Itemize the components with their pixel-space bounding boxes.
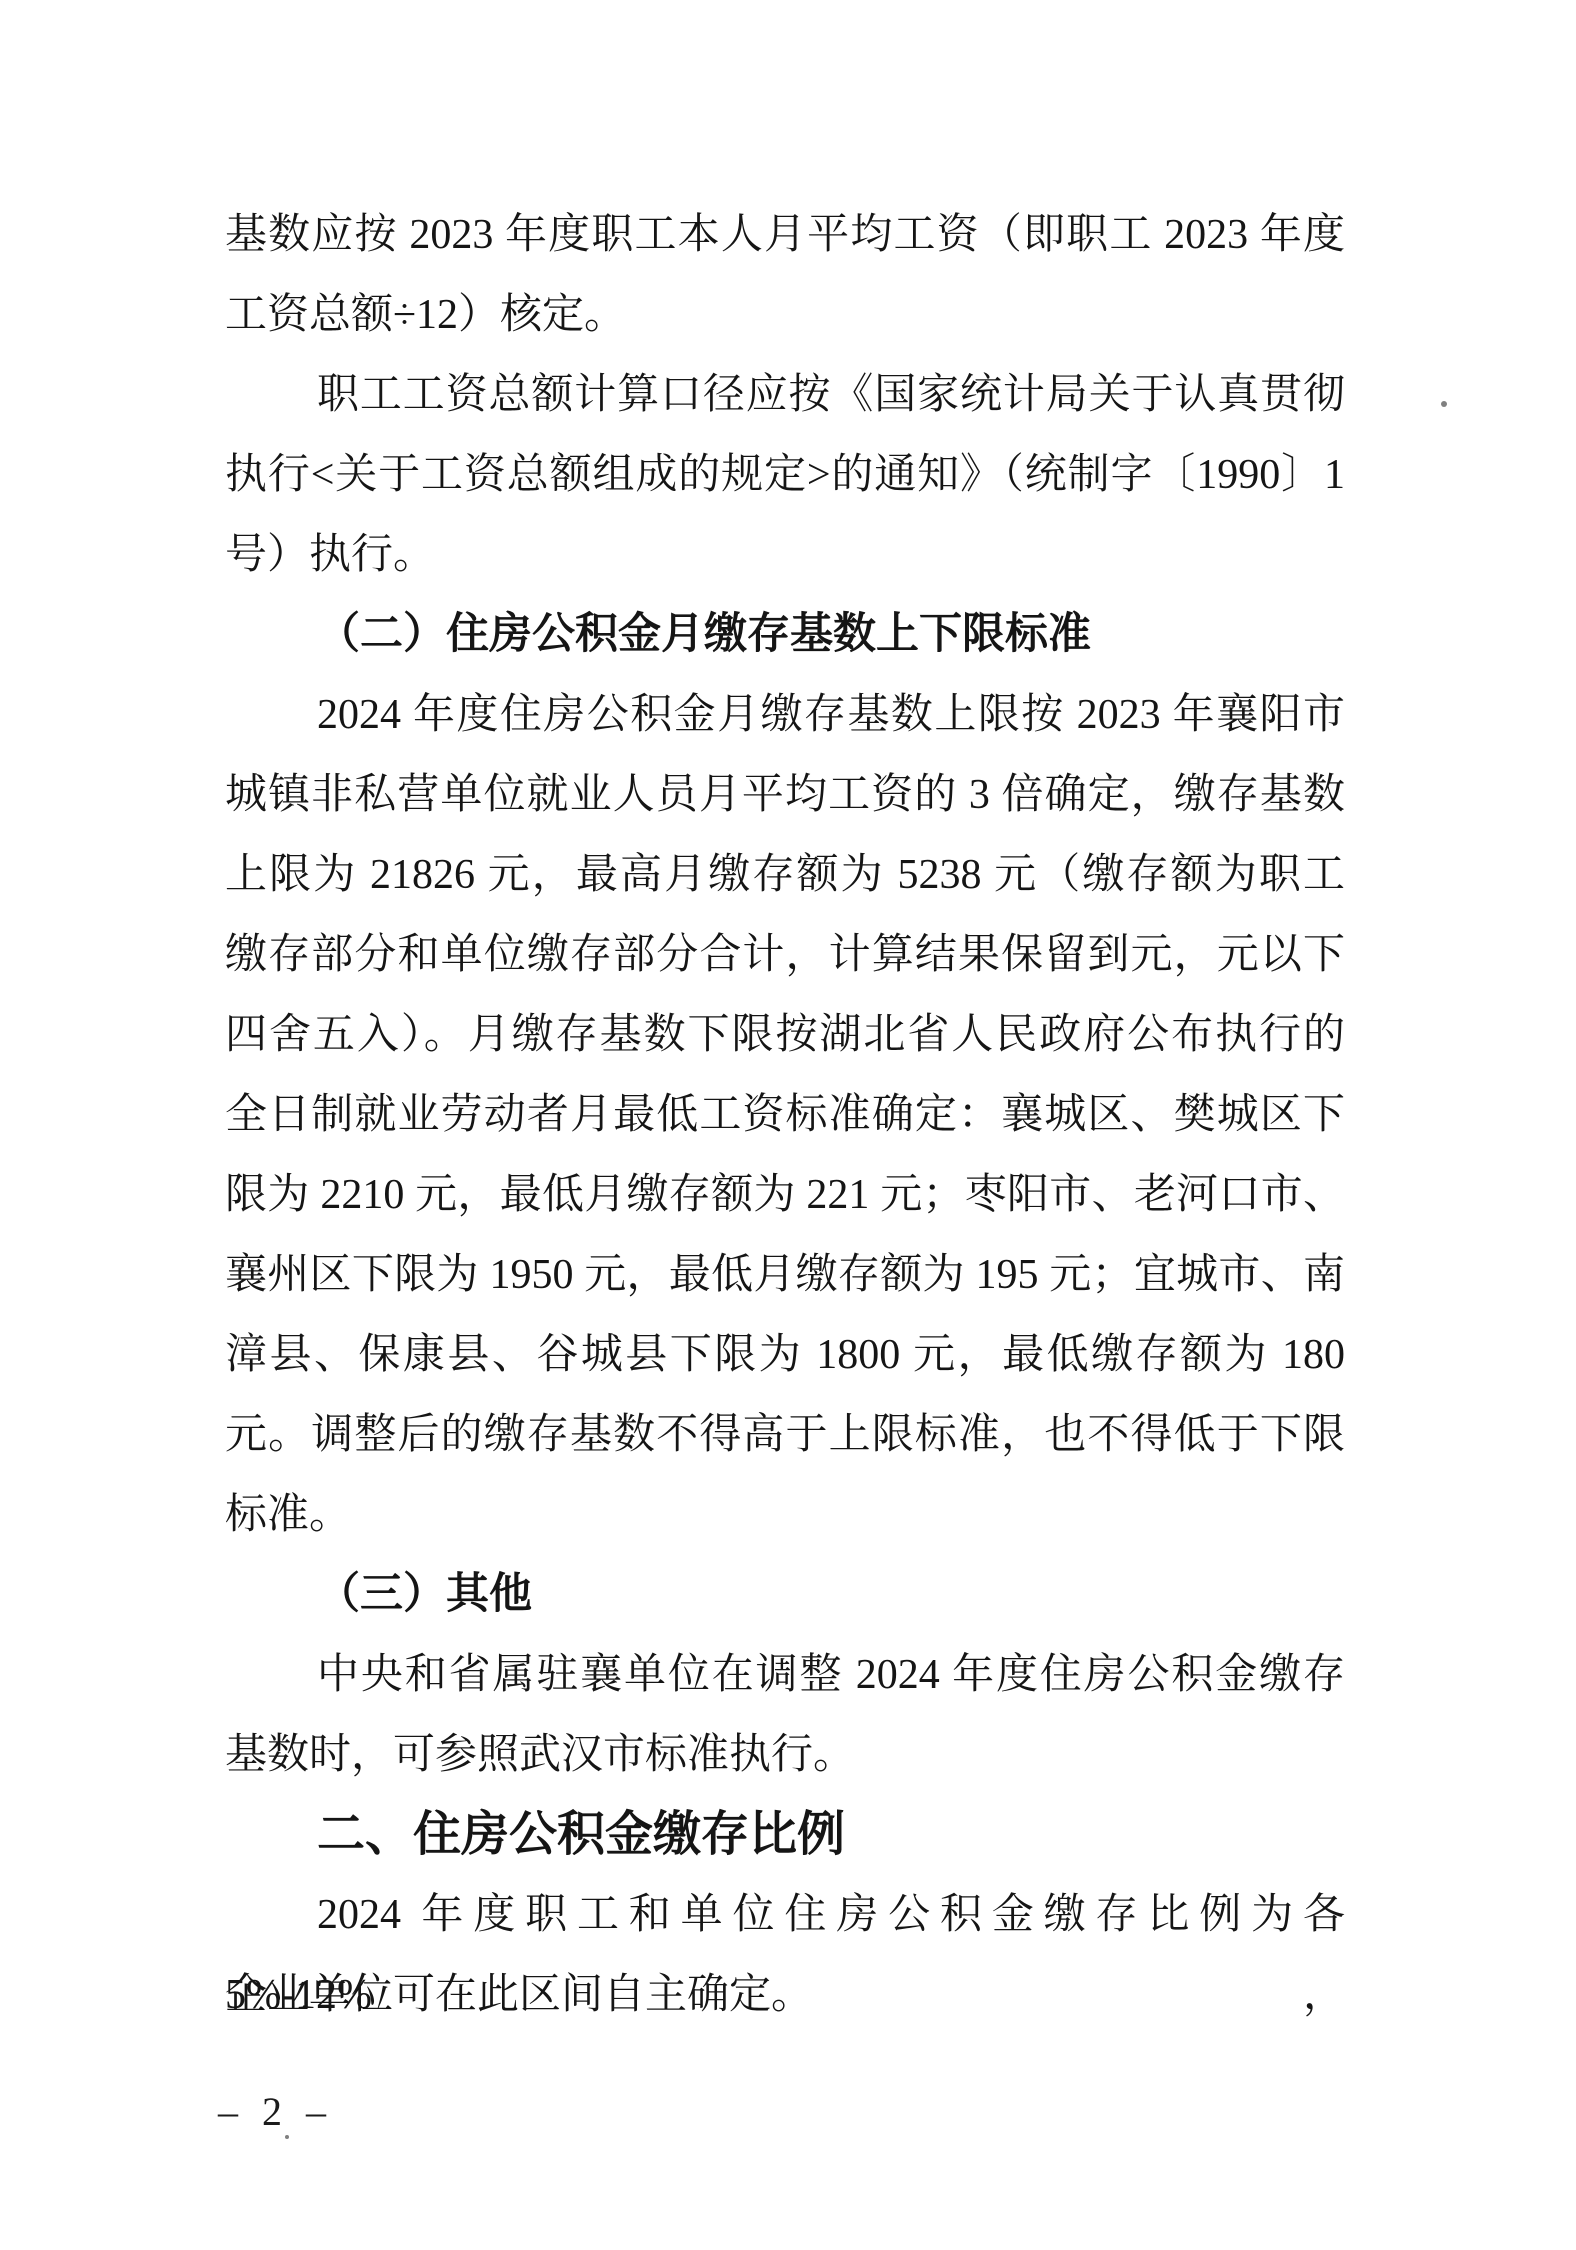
- text-line: 四舍五入）。月缴存基数下限按湖北省人民政府公布执行的: [225, 995, 1345, 1075]
- text-line: 基数应按 2023 年度职工本人月平均工资（即职工 2023 年度: [225, 195, 1345, 275]
- text-line: 2024 年度职工和单位住房公积金缴存比例为各5%-12%，: [225, 1875, 1345, 1955]
- section-heading: 二、住房公积金缴存比例: [225, 1795, 1345, 1875]
- page-number: – 2 –: [218, 2088, 333, 2136]
- text-line: 上限为 21826 元，最高月缴存额为 5238 元（缴存额为职工: [225, 835, 1345, 915]
- text-line: 元。调整后的缴存基数不得高于上限标准，也不得低于下限: [225, 1395, 1345, 1475]
- scan-speck: [285, 2135, 289, 2139]
- text-line: 工资总额÷12）核定。: [225, 275, 1345, 355]
- scan-speck: [1441, 401, 1447, 407]
- text-line: 职工工资总额计算口径应按《国家统计局关于认真贯彻: [225, 355, 1345, 435]
- text-line: 中央和省属驻襄单位在调整 2024 年度住房公积金缴存: [225, 1635, 1345, 1715]
- subsection-heading: （三）其他: [225, 1555, 1345, 1635]
- body-text: 基数应按 2023 年度职工本人月平均工资（即职工 2023 年度 工资总额÷1…: [225, 195, 1345, 2035]
- text-line: 2024 年度住房公积金月缴存基数上限按 2023 年襄阳市: [225, 675, 1345, 755]
- text-line: 基数时，可参照武汉市标准执行。: [225, 1715, 1345, 1795]
- text-line: 全日制就业劳动者月最低工资标准确定：襄城区、樊城区下: [225, 1075, 1345, 1155]
- text-line: 襄州区下限为 1950 元，最低月缴存额为 195 元；宜城市、南: [225, 1235, 1345, 1315]
- text-line: 标准。: [225, 1475, 1345, 1555]
- document-page: 基数应按 2023 年度职工本人月平均工资（即职工 2023 年度 工资总额÷1…: [0, 0, 1576, 2250]
- text-line: 限为 2210 元，最低月缴存额为 221 元；枣阳市、老河口市、: [225, 1155, 1345, 1235]
- text-line: 执行<关于工资总额组成的规定>的通知》（统制字〔1990〕1: [225, 435, 1345, 515]
- text-line: 漳县、保康县、谷城县下限为 1800 元，最低缴存额为 180: [225, 1315, 1345, 1395]
- text-line: 城镇非私营单位就业人员月平均工资的 3 倍确定，缴存基数: [225, 755, 1345, 835]
- subsection-heading: （二）住房公积金月缴存基数上下限标准: [225, 595, 1345, 675]
- text-line: 号）执行。: [225, 515, 1345, 595]
- text-line: 缴存部分和单位缴存部分合计，计算结果保留到元，元以下: [225, 915, 1345, 995]
